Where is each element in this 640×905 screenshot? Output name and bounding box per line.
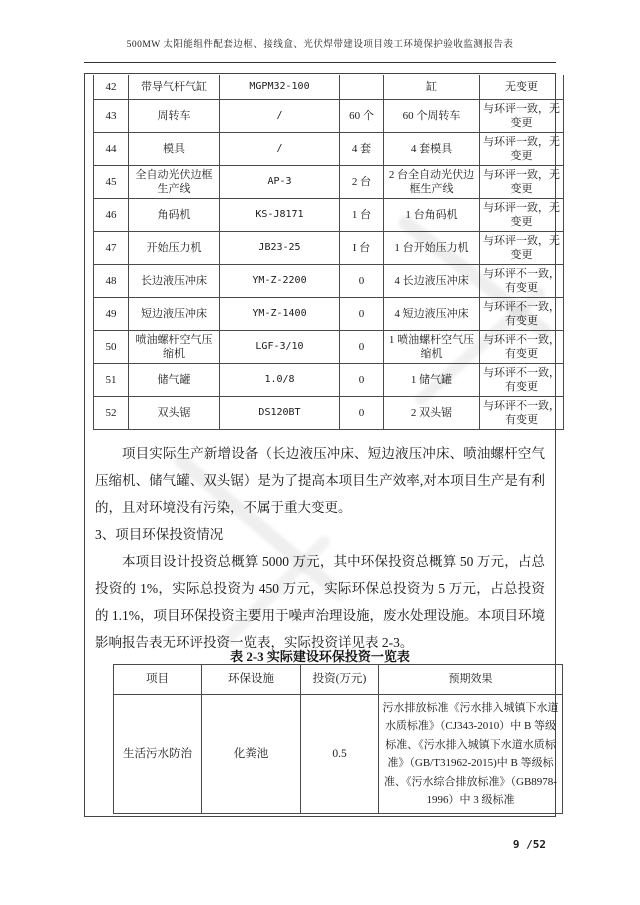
page-number: 9 /52 [456,838,546,851]
document-page: 500MW 太阳能组件配套边框、接线盒、光伏焊带建设项目竣工环境保护验收监测报告… [0,0,640,905]
cell-qty: 0 [340,396,384,429]
cell-actual: 2 双头锯 [384,396,480,429]
cell-model: 1.0/8 [220,363,340,396]
cell-change: 与环评一致，无变更 [480,165,564,198]
cell-no: 48 [94,264,129,297]
cell-actual: 1 喷油螺杆空气压缩机 [384,330,480,363]
table-row: 50 喷油螺杆空气压缩机 LGF-3/10 0 1 喷油螺杆空气压缩机 与环评不… [94,330,564,363]
cell-model: JB23-25 [220,231,340,264]
cell-qty: 0 [340,363,384,396]
cell-name: 喷油螺杆空气压缩机 [129,330,220,363]
cell-qty: 2 台 [340,165,384,198]
cell-actual: 4 短边液压冲床 [384,297,480,330]
cell-change: 与环评一致，无变更 [480,132,564,165]
cell-actual: 缸 [384,75,480,99]
cell-change: 与环评一致，无变更 [480,198,564,231]
cell-name: 全自动光伏边框生产线 [129,165,220,198]
cell-qty [340,75,384,99]
header-effect: 预期效果 [379,665,563,695]
table-row: 47 开始压力机 JB23-25 I 台 1 台开始压力机 与环评一致，无变更 [94,231,564,264]
header-project: 项目 [114,665,202,695]
cell-model: / [220,99,340,132]
cell-qty: 0 [340,297,384,330]
cell-change: 与环评不一致，有变更 [480,363,564,396]
cell-model: AP-3 [220,165,340,198]
cell-change: 与环评不一致，有变更 [480,264,564,297]
cell-qty: 0 [340,264,384,297]
cell-change: 与环评不一致，有变更 [480,396,564,429]
cell-change: 与环评不一致，有变更 [480,297,564,330]
table-row: 48 长边液压冲床 YM-Z-2200 0 4 长边液压冲床 与环评不一致，有变… [94,264,564,297]
document-header-title: 500MW 太阳能组件配套边框、接线盒、光伏焊带建设项目竣工环境保护验收监测报告… [84,36,556,50]
cell-change: 无变更 [480,75,564,99]
cell-no: 46 [94,198,129,231]
cell-qty: 60 个 [340,99,384,132]
cell-name: 短边液压冲床 [129,297,220,330]
cell-effect: 污水排放标准《污水排入城镇下水道水质标准》（CJ343-2010）中 B 等级标… [379,695,563,814]
paragraph-investment: 本项目设计投资总概算 5000 万元，其中环保投资总概算 50 万元，占总投资的… [95,548,545,656]
cell-model: MGPM32-100 [220,75,340,99]
cell-actual: 2 台全自动光伏边框生产线 [384,165,480,198]
table-header-row: 项目 环保设施 投资(万元) 预期效果 [114,665,563,695]
cell-change: 与环评一致，无变更 [480,99,564,132]
cell-no: 44 [94,132,129,165]
table-row: 46 角码机 KS-J8171 1 台 1 台角码机 与环评一致，无变更 [94,198,564,231]
header-investment: 投资(万元) [301,665,379,695]
cell-actual: 4 套模具 [384,132,480,165]
cell-no: 42 [94,75,129,99]
header-facility: 环保设施 [202,665,301,695]
cell-name: 储气罐 [129,363,220,396]
cell-actual: 1 台角码机 [384,198,480,231]
table-row: 43 周转车 / 60 个 60 个周转车 与环评一致，无变更 [94,99,564,132]
cell-actual: 1 台开始压力机 [384,231,480,264]
cell-actual: 60 个周转车 [384,99,480,132]
cell-model: DS120BT [220,396,340,429]
cell-name: 长边液压冲床 [129,264,220,297]
equipment-change-table: 42 带导气杆气缸 MGPM32-100 缸 无变更 43 周转车 / 60 个… [93,75,564,430]
paragraph-equipment-note: 项目实际生产新增设备（长边液压冲床、短边液压冲床、喷油螺杆空气压缩机、储气罐、双… [95,440,545,521]
table-row: 42 带导气杆气缸 MGPM32-100 缸 无变更 [94,75,564,99]
cell-model: LGF-3/10 [220,330,340,363]
cell-no: 51 [94,363,129,396]
cell-qty: I 台 [340,231,384,264]
table-2-3-caption: 表 2-3 实际建设环保投资一览表 [84,646,556,665]
cell-facility: 化粪池 [202,695,301,814]
environmental-investment-table: 项目 环保设施 投资(万元) 预期效果 生活污水防治 化粪池 0.5 污水排放标… [113,664,563,814]
cell-name: 带导气杆气缸 [129,75,220,99]
table-row: 生活污水防治 化粪池 0.5 污水排放标准《污水排入城镇下水道水质标准》（CJ3… [114,695,563,814]
cell-investment: 0.5 [301,695,379,814]
cell-no: 49 [94,297,129,330]
table-row: 49 短边液压冲床 YM-Z-1400 0 4 短边液压冲床 与环评不一致，有变… [94,297,564,330]
cell-name: 开始压力机 [129,231,220,264]
cell-no: 50 [94,330,129,363]
section-heading-3: 3、项目环保投资情况 [95,521,545,548]
table-row: 51 储气罐 1.0/8 0 1 储气罐 与环评不一致，有变更 [94,363,564,396]
cell-model: YM-Z-2200 [220,264,340,297]
cell-name: 角码机 [129,198,220,231]
table-row: 44 模具 / 4 套 4 套模具 与环评一致，无变更 [94,132,564,165]
body-text-block: 项目实际生产新增设备（长边液压冲床、短边液压冲床、喷油螺杆空气压缩机、储气罐、双… [95,440,545,656]
cell-name: 双头锯 [129,396,220,429]
cell-change: 与环评一致，无变更 [480,231,564,264]
cell-project: 生活污水防治 [114,695,202,814]
cell-qty: 4 套 [340,132,384,165]
cell-model: / [220,132,340,165]
cell-qty: 1 台 [340,198,384,231]
cell-change: 与环评不一致，有变更 [480,330,564,363]
cell-actual: 4 长边液压冲床 [384,264,480,297]
cell-no: 43 [94,99,129,132]
header-divider [84,62,556,63]
cell-model: KS-J8171 [220,198,340,231]
cell-model: YM-Z-1400 [220,297,340,330]
cell-name: 周转车 [129,99,220,132]
cell-qty: 0 [340,330,384,363]
cell-actual: 1 储气罐 [384,363,480,396]
table-row: 52 双头锯 DS120BT 0 2 双头锯 与环评不一致，有变更 [94,396,564,429]
cell-no: 45 [94,165,129,198]
table-row: 45 全自动光伏边框生产线 AP-3 2 台 2 台全自动光伏边框生产线 与环评… [94,165,564,198]
cell-no: 52 [94,396,129,429]
cell-no: 47 [94,231,129,264]
cell-name: 模具 [129,132,220,165]
